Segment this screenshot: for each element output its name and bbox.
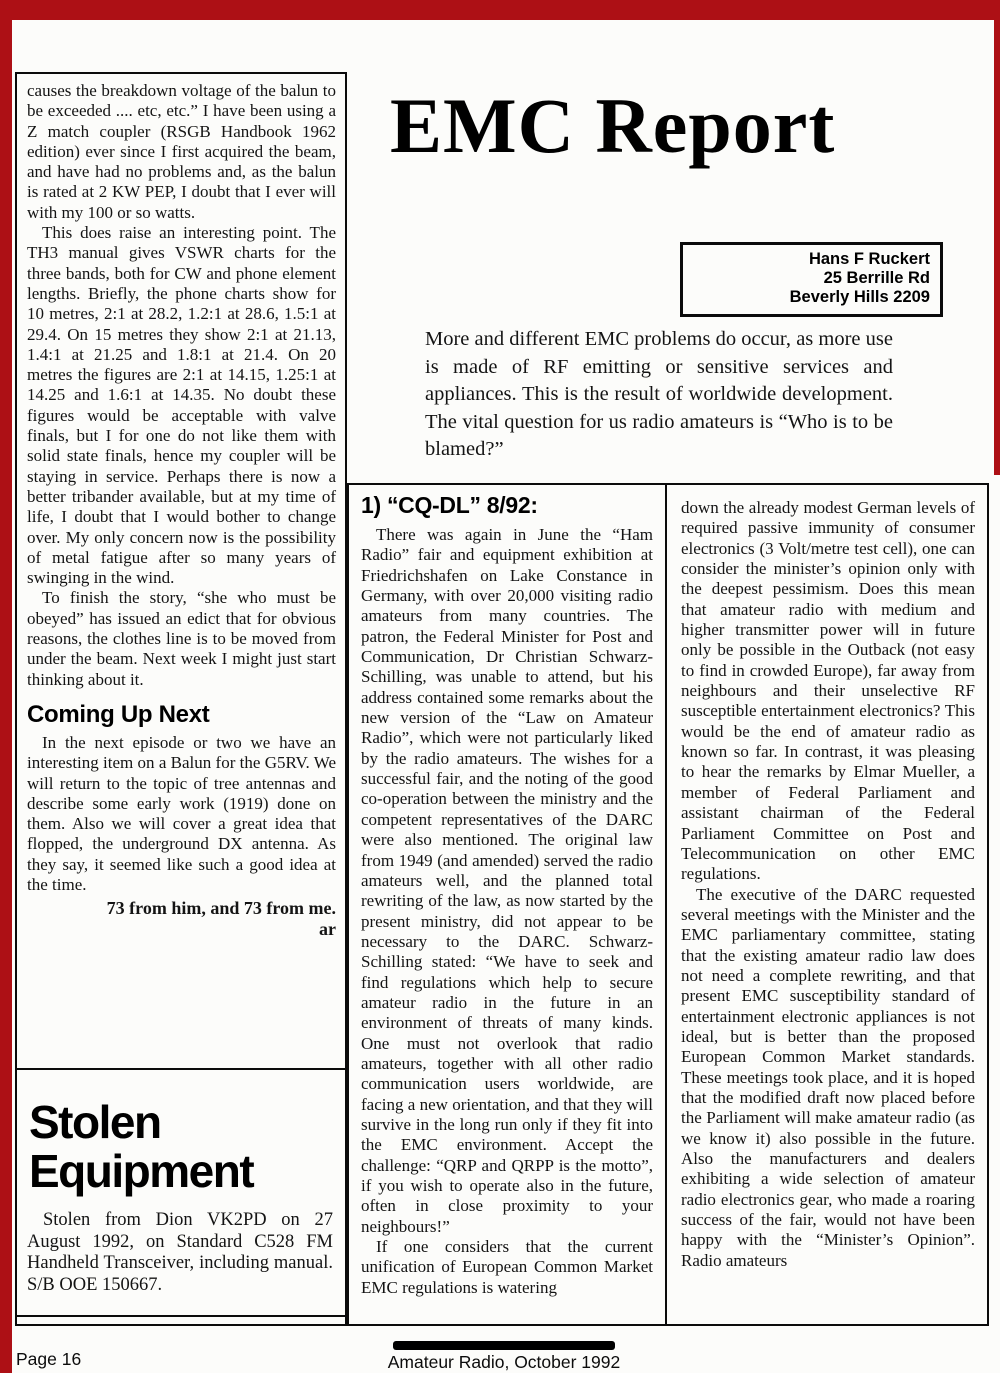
footer-journal-title: Amateur Radio, October 1992 (383, 1352, 625, 1373)
author-street: 25 Berrille Rd (689, 269, 930, 288)
article-paragraph: causes the breakdown voltage of the balu… (27, 81, 336, 223)
article-paragraph: To finish the story, “she who must be ob… (27, 588, 336, 689)
page-right-red-border (994, 0, 1000, 475)
stolen-equipment-text: Stolen from Dion VK2PD on 27 August 1992… (27, 1210, 333, 1296)
cqdl-paragraph: The executive of the DARC requested seve… (681, 885, 975, 1272)
author-initials: ar (27, 919, 336, 939)
author-name: Hans F Ruckert (689, 250, 930, 269)
cqdl-section-box: 1) “CQ-DL” 8/92: There was again in June… (347, 483, 989, 1326)
cqdl-column-left: 1) “CQ-DL” 8/92: There was again in June… (349, 485, 665, 1324)
article-paragraph: In the next episode or two we have an in… (27, 733, 336, 895)
author-box: Hans F Ruckert 25 Berrille Rd Beverly Hi… (680, 242, 943, 317)
footer-black-bar (393, 1341, 615, 1350)
article-signoff: 73 from him, and 73 from me. (27, 898, 336, 918)
page-title: EMC Report (390, 84, 835, 168)
cqdl-paragraph: If one considers that the current unific… (361, 1237, 653, 1298)
intro-paragraph: More and different EMC problems do occur… (425, 326, 893, 464)
cqdl-section-heading: 1) “CQ-DL” 8/92: (361, 493, 653, 518)
magazine-page: causes the breakdown voltage of the balu… (0, 0, 1000, 1373)
page-top-red-border (0, 0, 1000, 20)
left-article-box: causes the breakdown voltage of the balu… (15, 72, 347, 1326)
author-city: Beverly Hills 2209 (689, 288, 930, 307)
cqdl-column-right: down the already modest German levels of… (665, 485, 987, 1324)
coming-up-next-heading: Coming Up Next (27, 702, 336, 728)
article-paragraph: This does raise an interesting point. Th… (27, 223, 336, 588)
footer-page-number: Page 16 (16, 1349, 81, 1370)
stolen-equipment-heading: Stolen Equipment (29, 1098, 345, 1196)
cqdl-paragraph: There was again in June the “Ham Radio” … (361, 525, 653, 1237)
left-article-text: causes the breakdown voltage of the balu… (27, 81, 336, 939)
page-left-red-border (0, 0, 12, 1373)
stolen-equipment-box: Stolen Equipment Stolen from Dion VK2PD … (17, 1068, 345, 1317)
cqdl-paragraph: down the already modest German levels of… (681, 498, 975, 885)
